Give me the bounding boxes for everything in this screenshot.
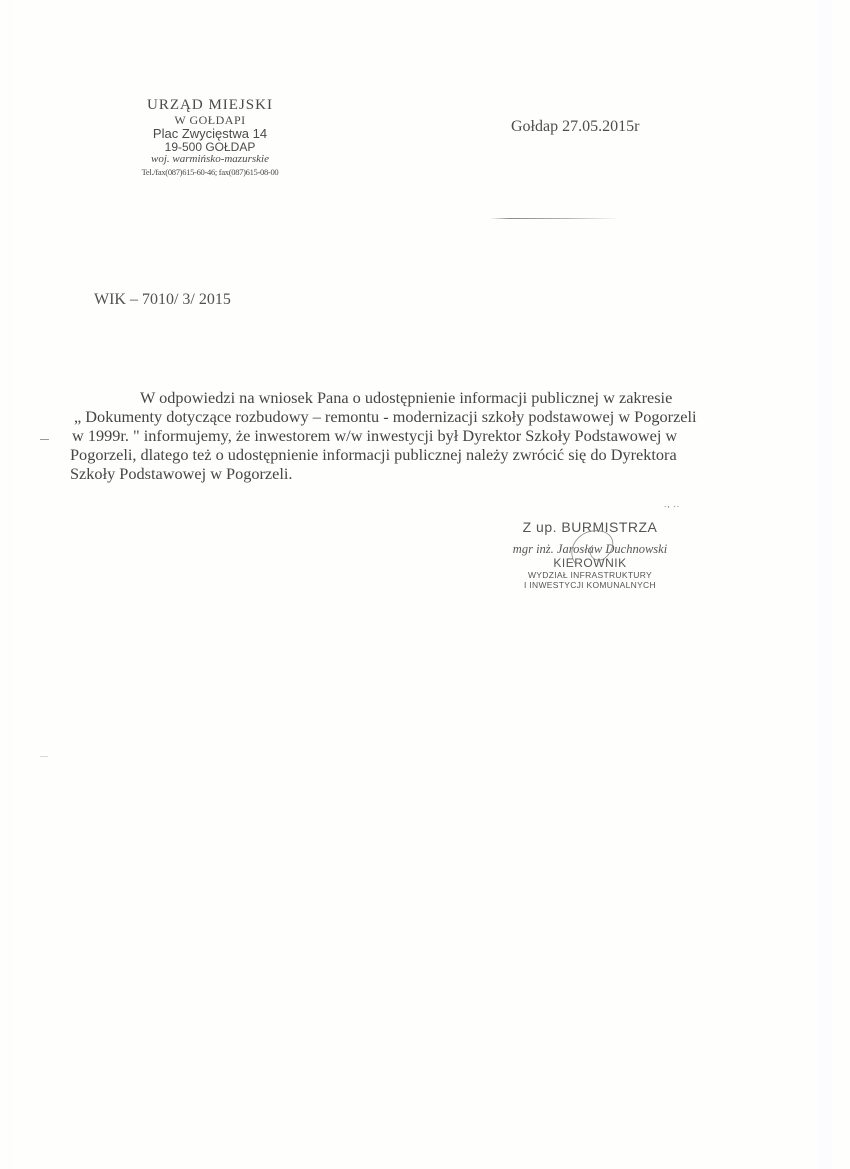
signature-stamp: Z up. BURMISTRZA mgr inż. Jarosław Duchn… <box>490 520 690 591</box>
scan-edge-right <box>818 0 832 1169</box>
body-line: „ Dokumenty dotyczące rozbudowy – remont… <box>70 407 750 426</box>
body-line: w 1999r. " informujemy, że inwestorem w/… <box>70 426 750 445</box>
document-page: URZĄD MIEJSKI W GOŁDAPI Plac Zwycięstwa … <box>0 0 850 1169</box>
ink-mark: ., .. <box>664 500 680 509</box>
signature-rule-line <box>490 218 620 219</box>
margin-mark <box>40 756 48 757</box>
department-line-2: I INWESTYCJI KOMUNALNYCH <box>490 581 690 591</box>
margin-mark <box>40 439 49 440</box>
stamp-phone: Tel./fax(087)615-60-46; fax(087)615-08-0… <box>100 168 320 178</box>
letter-body: W odpowiedzi na wniosek Pana o udostępni… <box>70 388 750 483</box>
signatory-name: mgr inż. Jarosław Duchnowski <box>490 543 690 557</box>
body-line: Szkoły Podstawowej w Pogorzeli. <box>70 464 750 483</box>
letter-date: Gołdap 27.05.2015r <box>511 118 639 136</box>
scan-edge-left <box>8 0 14 1169</box>
body-line: W odpowiedzi na wniosek Pana o udostępni… <box>70 388 750 407</box>
signatory-title: KIEROWNIK <box>490 557 690 569</box>
stamp-street: Plac Zwycięstwa 14 <box>100 127 320 140</box>
body-line: Pogorzeli, dlatego też o udostępnienie i… <box>70 445 750 464</box>
stamp-postal: 19-500 GOŁDAP <box>100 141 320 153</box>
reference-number: WIK – 7010/ 3/ 2015 <box>94 291 231 309</box>
stamp-office-city: W GOŁDAPI <box>100 114 320 126</box>
office-header-stamp: URZĄD MIEJSKI W GOŁDAPI Plac Zwycięstwa … <box>100 98 320 178</box>
stamp-region: woj. warmińsko-mazurskie <box>100 154 320 166</box>
stamp-office-name: URZĄD MIEJSKI <box>100 98 320 113</box>
authorization-line: Z up. BURMISTRZA <box>490 520 690 536</box>
